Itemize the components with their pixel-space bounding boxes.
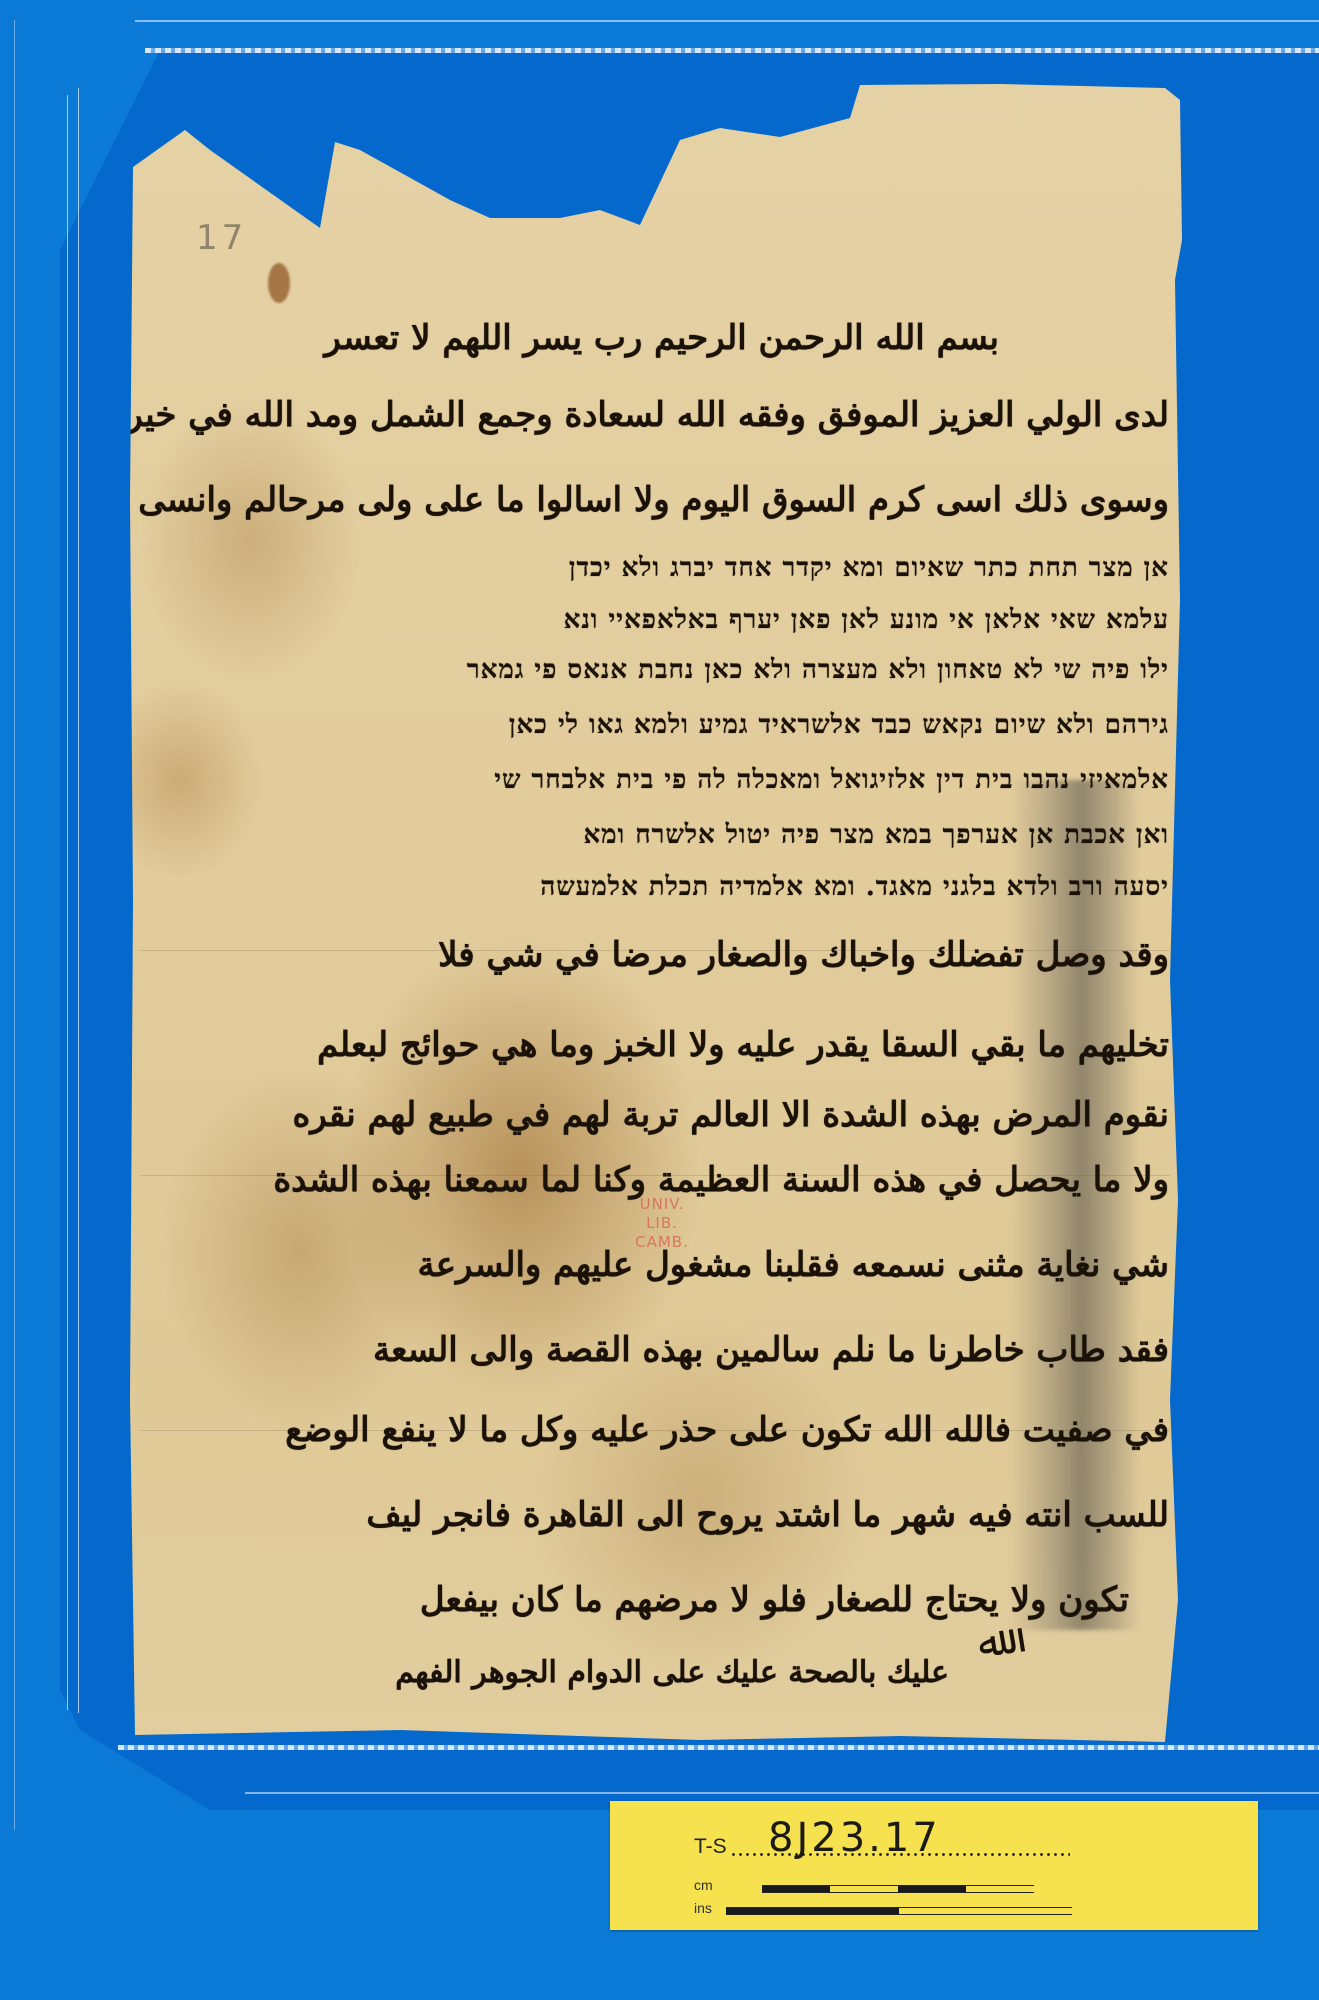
text-line-closing: عليك بالصحة عليك على الدوام الجوهر الفهم [395,1655,949,1690]
text-line-basmala: بسم الله الرحمن الرحيم رب يسر اللهم لا ت… [324,318,999,358]
ink-stain [268,263,290,303]
signature-mark: ﷲ [975,1619,1005,1668]
text-line: فقد طاب خاطرنا ما نلم سالمين بهذه القصة … [373,1330,1169,1370]
text-line: تخليهم ما بقي السقا يقدر عليه ولا الخبز … [317,1025,1169,1065]
text-line-judeo-arabic: עלמא שאי אלאן אי מונע לאן פאן יערף באלאפ… [564,605,1169,635]
text-line: في صفيت فالله الله تكون على حذر عليه وكل… [285,1410,1169,1450]
text-line: تكون ولا يحتاج للصغار فلو لا مرضهم ما كا… [420,1580,1129,1620]
scale-bar-ins [726,1907,1072,1915]
text-line-judeo-arabic: אן מצר תחת כתר שאיום ומא יקדר אחד יברג ו… [569,553,1169,583]
text-line: للسب انته فيه شهر ما اشتد يروح الى القاه… [366,1495,1169,1535]
label-unit-cm: cm [694,1877,713,1893]
label-prefix: T-S [694,1835,727,1859]
scale-bar-cm [762,1885,1034,1893]
text-line: وسوى ذلك اسى كرم السوق اليوم ولا اسالوا … [48,480,1169,520]
label-unit-ins: ins [694,1900,712,1916]
text-line: وقد وصل تفضلك واخباك والصغار مرضا في شي … [438,935,1169,975]
sleeve-seam-vertical [67,95,68,1710]
shelfmark-label: T-S 8J23.17 cm ins [610,1801,1258,1930]
text-line: شي نغاية مثنى نسمعه فقلبنا مشغول عليهم و… [418,1245,1170,1285]
text-line-judeo-arabic: ילו פיה שי לא טאחון ולא מעצרה ולא כאן נח… [467,655,1169,685]
sleeve-seam-top-weld [145,48,1319,53]
text-line: نقوم المرض بهذه الشدة الا العالم تربة له… [292,1095,1169,1135]
sleeve-seam-top [135,20,1319,22]
stamp-line: CAMB. [632,1233,692,1252]
text-line-judeo-arabic: יסעה ורב ולדא בלגני מאגד. ומא אלמדיה תכל… [540,872,1169,902]
manuscript-leaf: 17 بسم الله الرحمن الرحيم رب يسر اللهم ل… [0,0,1319,2000]
sleeve-seam-vertical [78,88,79,1713]
text-line-judeo-arabic: אלמאיזי נהבו בית דין אלזיגואל ומאכלה לה … [494,765,1169,795]
sleeve-seam-bottom-weld [118,1745,1319,1750]
library-stamp: UNIV. LIB. CAMB. [632,1195,692,1252]
stamp-line: UNIV. [632,1195,692,1214]
pencil-folio-number: 17 [196,218,247,258]
text-line: ولا ما يحصل في هذه السنة العظيمة وكنا لم… [273,1160,1169,1200]
label-shelfmark: 8J23.17 [768,1815,941,1861]
sleeve-seam-bottom [245,1792,1319,1794]
text-line: لدى الولي العزيز الموفق وفقه الله لسعادة… [23,395,1169,435]
stamp-line: LIB. [632,1214,692,1233]
text-line-judeo-arabic: ואן אכבת אן אערפך במא מצר פיה יטול אלשרח… [583,820,1169,850]
text-line-judeo-arabic: גירהם ולא שיום נקאש כבד אלשראיד גמיע ולמ… [509,710,1169,740]
